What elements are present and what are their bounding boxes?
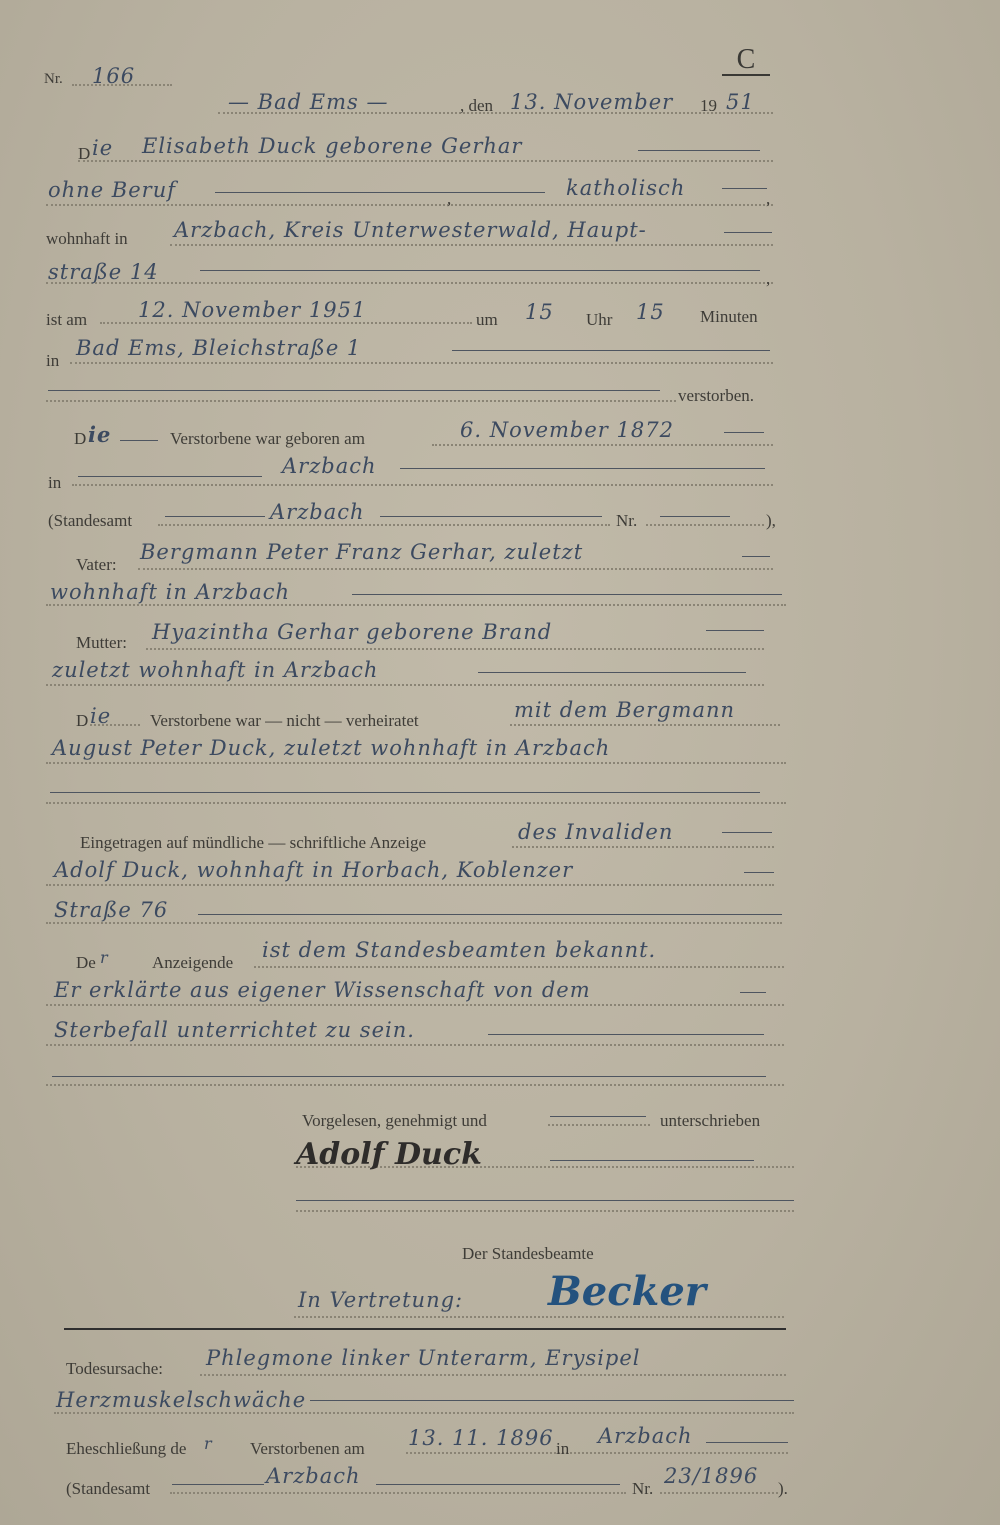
marriage-nr: 23/1896 [664, 1466, 758, 1487]
birth-registry-label: (Standesamt [48, 512, 132, 529]
fill-stroke [215, 192, 545, 193]
cause-label: Todesursache: [66, 1360, 163, 1377]
birth-place: Arzbach [282, 456, 377, 477]
death-hour: 15 [525, 302, 554, 323]
marriage-record-label-2: Verstorbenen am [250, 1440, 365, 1457]
read-approved-label: Vorgelesen, genehmigt und [302, 1112, 487, 1129]
spouse-1: mit dem Bergmann [514, 700, 735, 721]
father-2: wohnhaft in Arzbach [50, 582, 290, 603]
death-date: 12. November 1951 [138, 300, 366, 321]
registrar-label: Der Standesbeamte [462, 1245, 594, 1262]
death-place-line-2 [46, 400, 676, 402]
deceased-article-hand: ie [92, 138, 113, 159]
marriage-article: D [76, 712, 88, 729]
birth-in-label: in [48, 474, 61, 491]
fill-stroke [638, 150, 760, 151]
marriage-record-article-hand: r [204, 1436, 213, 1452]
fill-stroke [172, 1484, 264, 1485]
fill-stroke [200, 270, 760, 271]
name-line [78, 160, 773, 162]
fill-stroke [706, 1442, 788, 1443]
deceased-name: Elisabeth Duck geborene Gerhar [142, 136, 522, 157]
residence-1: Arzbach, Kreis Unterwesterwald, Haupt- [174, 220, 647, 241]
informant-article-hand: r [100, 950, 109, 966]
fill-stroke [478, 672, 746, 673]
fill-stroke [48, 390, 660, 391]
mother-label: Mutter: [76, 634, 127, 651]
report-label: Eingetragen auf mündliche — schriftliche… [80, 834, 426, 851]
informant-1: ist dem Standesbeamten bekannt. [262, 940, 656, 961]
fill-stroke [724, 232, 772, 233]
marriage-record-place: Arzbach [598, 1426, 693, 1447]
signature-line-2 [296, 1210, 794, 1212]
informant-label: Anzeigende [152, 954, 233, 971]
deceased-article: D [78, 145, 90, 162]
death-date-line [100, 322, 472, 324]
mother-2: zuletzt wohnhaft in Arzbach [52, 660, 378, 681]
year-suffix: 51 [726, 92, 755, 113]
report-line-3 [46, 922, 782, 924]
report-line-2 [46, 884, 774, 886]
marriage-line-3 [46, 802, 786, 804]
fill-stroke [740, 992, 766, 993]
fill-stroke [744, 872, 774, 873]
marriage-line-1 [510, 724, 780, 726]
comma: , [447, 190, 451, 207]
informant-line-2 [46, 1004, 784, 1006]
fill-stroke [52, 1076, 766, 1077]
cause-1: Phlegmone linker Unterarm, Erysipel [206, 1348, 641, 1369]
fill-stroke [488, 1034, 764, 1035]
read-line [548, 1124, 650, 1126]
birth-date-line [432, 444, 773, 446]
uhr-label: Uhr [586, 311, 612, 328]
register-page: C Nr. 166 — Bad Ems — , den 13. November… [0, 0, 1000, 1525]
reporter-1: des Invaliden [518, 822, 673, 843]
informant-line-3 [46, 1044, 784, 1046]
fill-stroke [400, 468, 765, 469]
marriage-article-line [90, 724, 140, 726]
year-prefix: 19 [700, 97, 717, 114]
birth-date: 6. November 1872 [460, 420, 674, 441]
informant-2: Er erklärte aus eigener Wissenschaft von… [54, 980, 591, 1001]
marriage-nr-label: Nr. [632, 1480, 653, 1497]
marriage-registry-label: (Standesamt [66, 1480, 150, 1497]
fill-stroke [724, 432, 764, 433]
birth-article-hand: ie [88, 424, 111, 445]
birth-registry-line [158, 524, 610, 526]
religion: katholisch [566, 178, 685, 199]
marriage-line-2 [46, 762, 786, 764]
fill-stroke [452, 350, 770, 351]
occupation: ohne Beruf [48, 180, 176, 201]
residence-line-1 [170, 244, 773, 246]
deputy-label: In Vertretung: [298, 1290, 463, 1311]
fill-stroke [722, 832, 772, 833]
death-minutes: 15 [636, 302, 665, 323]
marriage-record-close: ). [778, 1480, 788, 1497]
fill-stroke [296, 1200, 794, 1201]
fill-stroke [660, 516, 730, 517]
verstorben-label: verstorben. [678, 387, 754, 404]
informant-line-4 [46, 1084, 784, 1086]
cause-2: Herzmuskelschwäche [56, 1390, 306, 1411]
cause-line-2 [54, 1412, 794, 1414]
birth-article: D [74, 430, 86, 447]
reporter-3: Straße 76 [54, 900, 168, 921]
fill-stroke [380, 516, 602, 517]
fill-stroke [550, 1160, 754, 1161]
fill-stroke [376, 1484, 620, 1485]
comma: , [766, 190, 770, 207]
marriage-label: Verstorbene war — nicht — verheiratet [150, 712, 419, 729]
register-number: 166 [92, 66, 135, 87]
fill-stroke [50, 792, 760, 793]
fill-stroke [706, 630, 764, 631]
fill-stroke [78, 476, 262, 477]
marriage-registry-line [170, 1492, 626, 1494]
fill-stroke [165, 516, 265, 517]
registrar-signature-line [294, 1316, 784, 1318]
marriage-nr-line [660, 1492, 778, 1494]
comma: , [766, 270, 770, 287]
fill-stroke [310, 1400, 794, 1401]
fill-stroke [742, 556, 770, 557]
informant-signature: Adolf Duck [296, 1140, 482, 1170]
birth-registry: Arzbach [270, 502, 365, 523]
reporter-2: Adolf Duck, wohnhaft in Horbach, Koblenz… [54, 860, 573, 881]
mother-line-1 [146, 648, 764, 650]
fill-stroke [352, 594, 782, 595]
section-divider [64, 1328, 786, 1330]
birth-nr-line [646, 524, 764, 526]
mother-line-2 [46, 684, 764, 686]
informant-article: De [76, 954, 96, 971]
um-label: um [476, 311, 498, 328]
death-in-label: in [46, 352, 59, 369]
occupation-line [46, 204, 773, 206]
minuten-label: Minuten [700, 308, 758, 325]
form-letter: C [722, 44, 770, 76]
number-label: Nr. [44, 72, 63, 87]
died-label: ist am [46, 311, 87, 328]
father-label: Vater: [76, 556, 117, 573]
residence-label: wohnhaft in [46, 230, 128, 247]
born-label: Verstorbene war geboren am [170, 430, 365, 447]
death-place: Bad Ems, Bleichstraße 1 [76, 338, 361, 359]
marriage-record-label: Eheschließung de [66, 1440, 186, 1457]
report-line-1 [512, 846, 774, 848]
father-line-2 [46, 604, 786, 606]
birth-place-line [72, 484, 773, 486]
informant-3: Sterbefall unterrichtet zu sein. [54, 1020, 415, 1041]
den-label: , den [460, 97, 493, 114]
fill-stroke [198, 914, 782, 915]
spouse-2: August Peter Duck, zuletzt wohnhaft in A… [52, 738, 610, 759]
marriage-record-line-1 [406, 1452, 788, 1454]
marriage-record-in-label: in [556, 1440, 569, 1457]
fill-stroke [550, 1116, 646, 1117]
cause-line-1 [200, 1374, 786, 1376]
marriage-record-date: 13. 11. 1896 [408, 1428, 554, 1449]
birth-nr-label: Nr. [616, 512, 637, 529]
registrar-signature: Becker [548, 1272, 706, 1312]
fill-stroke [120, 440, 158, 441]
marriage-registry: Arzbach [266, 1466, 361, 1487]
father-line-1 [138, 568, 773, 570]
fill-stroke [722, 188, 767, 189]
father-1: Bergmann Peter Franz Gerhar, zuletzt [140, 542, 583, 563]
signed-label: unterschrieben [660, 1112, 760, 1129]
form-letter-underline [722, 74, 770, 76]
death-place-line [70, 362, 773, 364]
birth-close: ), [766, 512, 776, 529]
registration-place: — Bad Ems — [228, 92, 388, 113]
informant-line-1 [254, 966, 784, 968]
mother-1: Hyazintha Gerhar geborene Brand [152, 622, 552, 643]
residence-2: straße 14 [48, 262, 159, 283]
registration-date: 13. November [510, 92, 673, 113]
